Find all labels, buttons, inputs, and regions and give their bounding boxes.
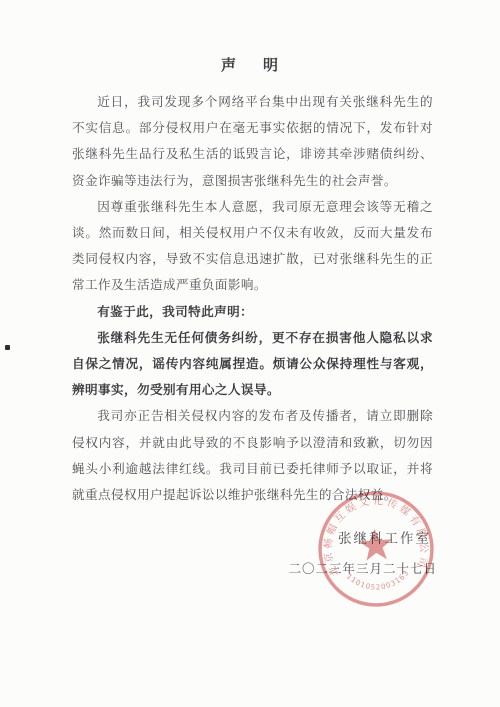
- document-title: 声 明: [72, 54, 433, 75]
- document-body: 声 明 近日，我司发现多个网络平台集中出现有关张继科先生的不实信息。部分侵权用户…: [72, 54, 433, 508]
- svg-text:1101052003163: 1101052003163: [344, 567, 412, 593]
- paragraph-1: 近日，我司发现多个网络平台集中出现有关张继科先生的不实信息。部分侵权用户在毫无事…: [72, 89, 433, 194]
- paragraph-4-statement: 张继科先生无任何债务纠纷，更不存在损害他人隐私以求自保之情况，谣传内容纯属捏造。…: [72, 325, 433, 404]
- statement-document-page: 声 明 近日，我司发现多个网络平台集中出现有关张继科先生的不实信息。部分侵权用户…: [0, 0, 500, 707]
- paragraph-3: 有鉴于此，我司特此声明：: [72, 299, 433, 325]
- star-icon: [358, 528, 393, 562]
- paragraph-2: 因尊重张继科先生本人意愿，我司原无意理会该等无稽之谈。然而数日间，相关侵权用户不…: [72, 194, 433, 299]
- company-seal-stamp: 北京畅帽互娱文化传媒有限公司 1101052003163: [311, 484, 441, 614]
- seal-registration-number: 1101052003163: [344, 567, 412, 593]
- margin-dot: [5, 345, 10, 350]
